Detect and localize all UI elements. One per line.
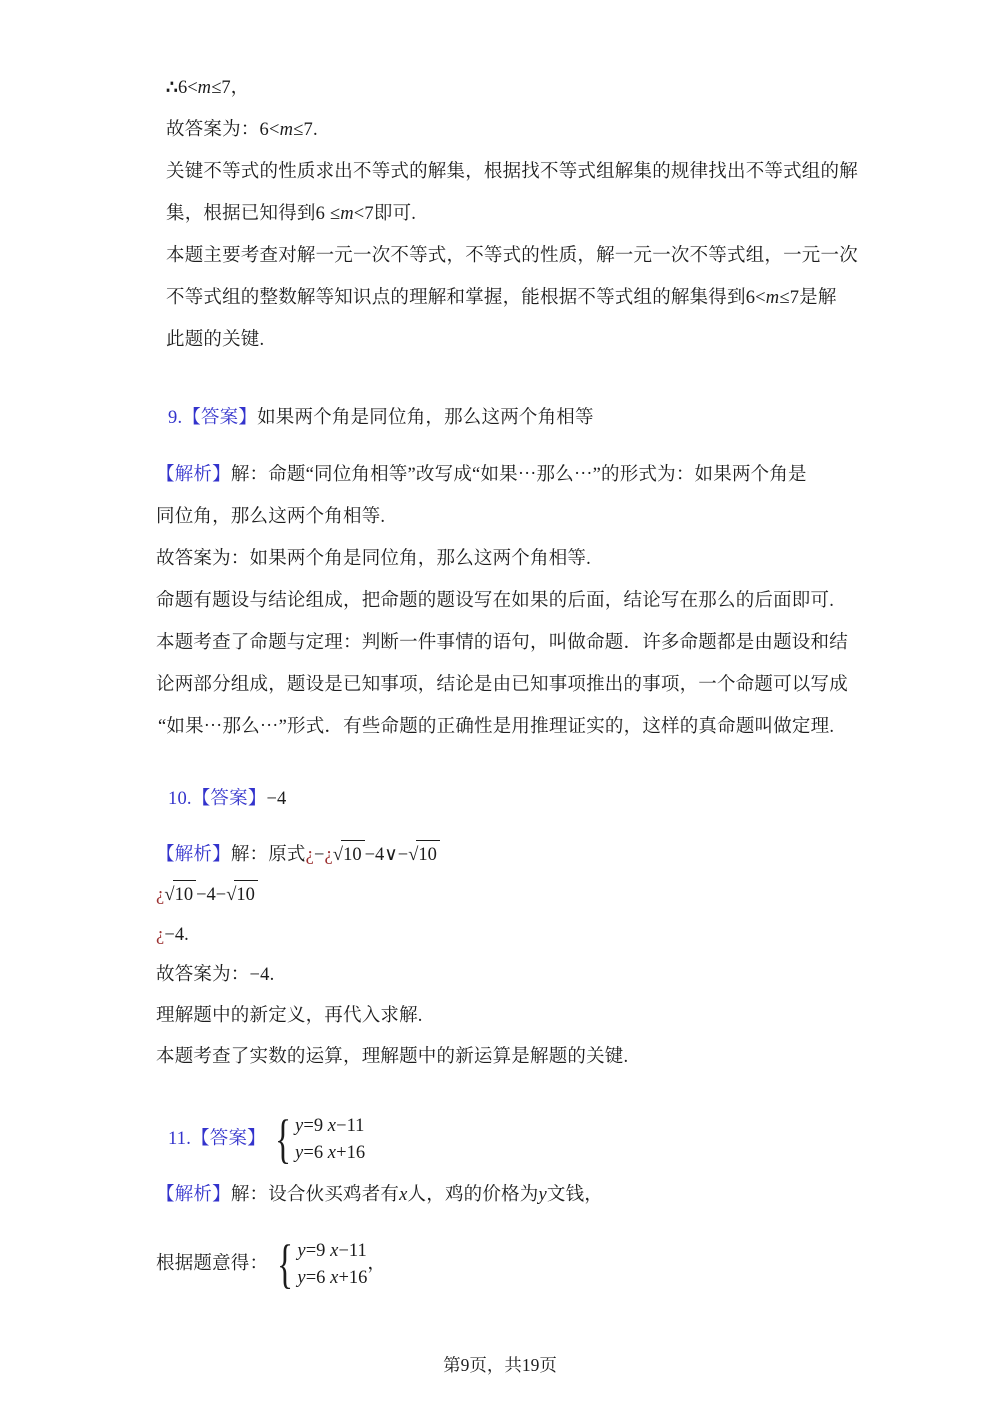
q8-key-line-1: 关键不等式的性质求出不等式的解集，根据找不等式组解集的规律找出不等式组的解 [166,159,858,185]
square-root: √10 [408,840,440,868]
q8-key-line-2: 集，根据已知得到6 ≤m<7即可. [166,201,416,227]
q9-comment-line-3: “如果⋯那么⋯”形式．有些命题的正确性是用推理证实的，这样的真命题叫做定理. [158,714,834,740]
q8-conclusion-line: ∴6<m≤7， [166,75,249,101]
q10-answer-heading: 10.【答案】−4 [168,786,286,812]
equation-column: y=9 x−11 y=6 x+16 [297,1239,367,1290]
q8-comment-line-2: 不等式组的整数解等知识点的理解和掌握，能根据不等式组的解集得到6<m≤7是解 [166,285,837,311]
q9-answer-heading: 9.【答案】如果两个角是同位角，那么这两个角相等 [168,405,594,431]
equation-line: y=9 x−11 [295,1114,365,1138]
equation-line: y=6 x+16 [295,1141,365,1165]
square-root: √10 [226,880,258,908]
q9-analysis-line-2: 同位角，那么这两个角相等. [156,504,385,530]
q10-method-line: 理解题中的新定义，再代入求解. [156,1003,423,1029]
q10-answer-restate: 故答案为：−4. [156,962,274,988]
equation-column: y=9 x−11 y=6 x+16 [295,1114,365,1165]
q10-comment-line: 本题考查了实数的运算，理解题中的新运算是解题的关键. [156,1044,628,1070]
q11-derivation-prefix: 根据题意得： [156,1251,268,1277]
q8-answer-line: 故答案为：6<m≤7. [166,117,318,143]
q11-answer-label: 11.【答案】 [168,1126,266,1152]
equation-system: { y=9 x−11 y=6 x+16 [270,1112,365,1166]
document-page: { "document": { "colors": { "label_blue"… [0,0,1000,1415]
equation-line: y=9 x−11 [297,1239,367,1263]
page-footer: 第9页，共19页 [0,1352,1000,1377]
left-brace: { [277,1237,293,1291]
q9-method-line: 命题有题设与结论组成，把命题的题设写在如果的后面，结论写在那么的后面即可. [156,588,834,614]
q8-comment-line-1: 本题主要考查对解一元一次不等式，不等式的性质，解一元一次不等式组，一元一次 [166,243,858,269]
q10-formula-line-1: 【解析】解：原式¿−¿√10−4∨−√10 [156,840,440,868]
q11-answer-heading: 11.【答案】 { y=9 x−11 y=6 x+16 [168,1110,365,1168]
equation-system: { y=9 x−11 y=6 x+16 [272,1237,367,1291]
q8-comment-line-3: 此题的关键. [166,327,264,353]
left-brace: { [275,1112,291,1166]
q11-derivation-line: 根据题意得： { y=9 x−11 y=6 x+16 ， [156,1235,386,1293]
q9-analysis-line-1: 【解析】解：命题“同位角相等”改写成“如果⋯那么⋯”的形式为：如果两个角是 [156,462,807,488]
square-root: √10 [333,840,365,868]
q10-formula-line-3: ¿−4. [156,922,189,948]
q9-answer-restate: 故答案为：如果两个角是同位角，那么这两个角相等. [156,546,591,572]
q9-comment-line-2: 论两部分组成，题设是已知事项，结论是由已知事项推出的事项，一个命题可以写成 [156,672,848,698]
q10-formula-line-2: ¿√10−4−√10 [156,880,258,908]
q11-derivation-suffix: ， [367,1251,386,1277]
q9-comment-line-1: 本题考查了命题与定理：判断一件事情的语句，叫做命题．许多命题都是由题设和结 [156,630,848,656]
equation-line: y=6 x+16 [297,1266,367,1290]
q11-analysis-line: 【解析】解：设合伙买鸡者有x人，鸡的价格为y文钱， [156,1182,603,1208]
square-root: √10 [164,880,196,908]
